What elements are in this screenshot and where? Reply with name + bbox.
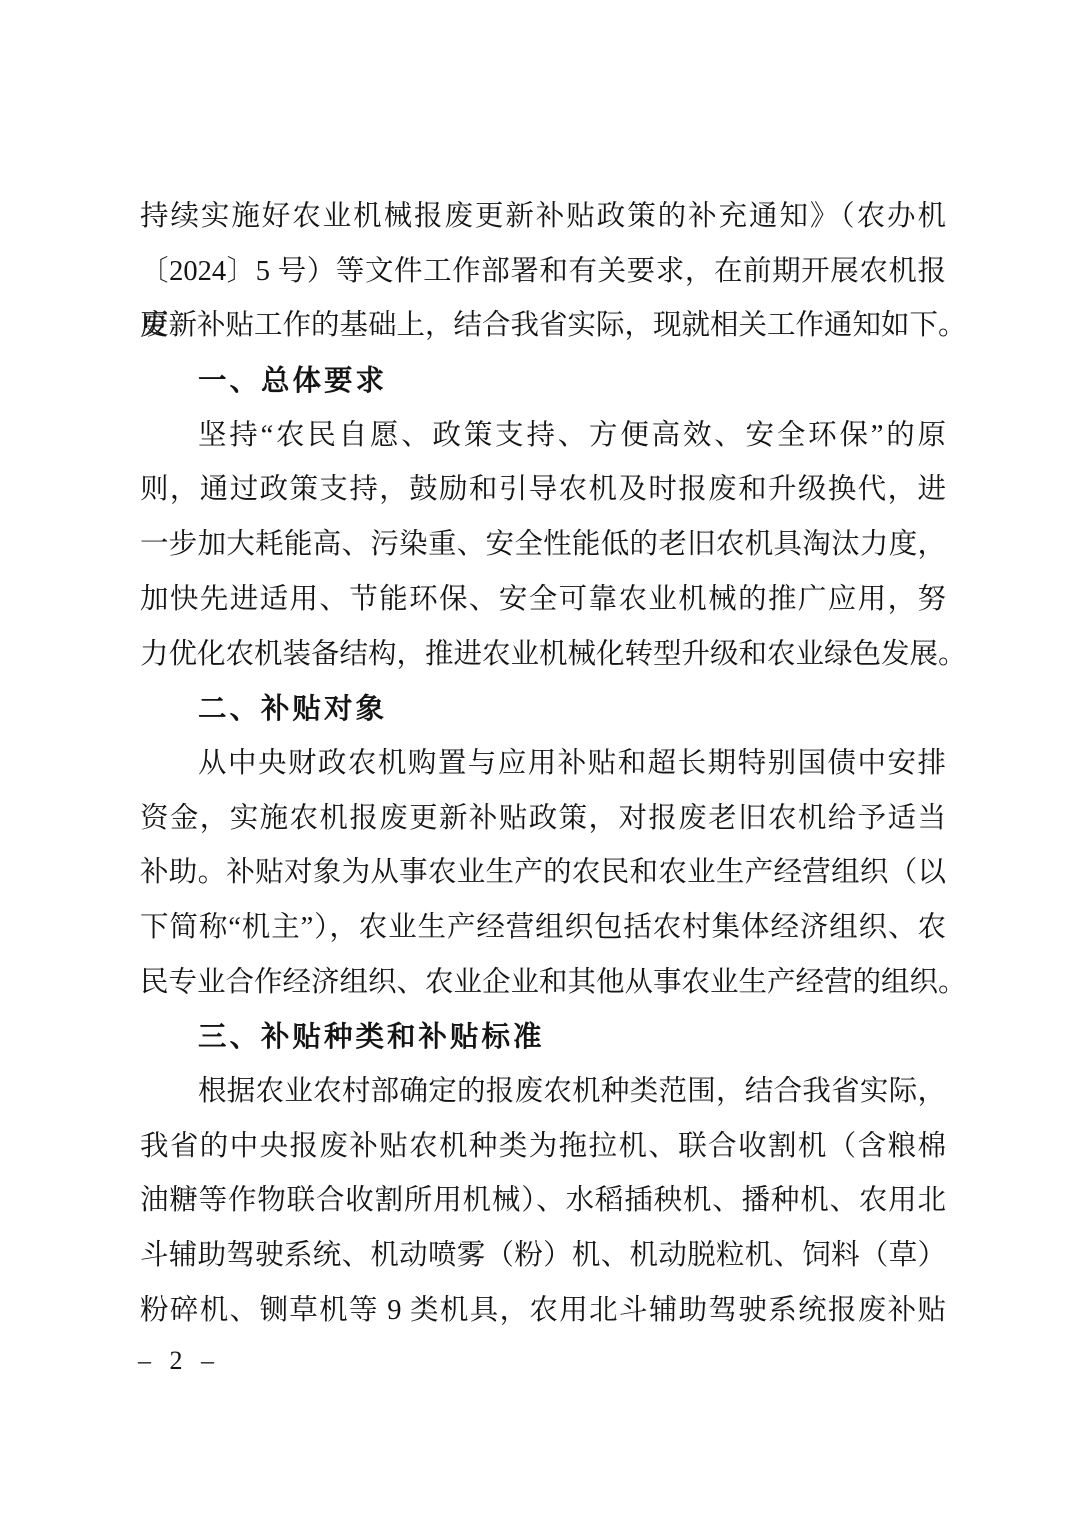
text-line: 从中央财政农机购置与应用补贴和超长期特别国债中安排 [140,737,946,792]
text-line: 加快先进适用、节能环保、安全可靠农业机械的推广应用，努 [140,573,946,628]
section-heading: 三、补贴种类和补贴标准 [140,1010,946,1065]
text-line: 则，通过政策支持，鼓励和引导农机及时报废和升级换代，进 [140,463,946,518]
text-line: 更新补贴工作的基础上，结合我省实际，现就相关工作通知如下。 [140,299,946,354]
section-heading: 二、补贴对象 [140,682,946,737]
text-line: 〔2024〕5 号）等文件工作部署和有关要求，在前期开展农机报废 [140,245,946,300]
text-line: 根据农业农村部确定的报废农机种类范围，结合我省实际， [140,1065,946,1120]
section-heading: 一、总体要求 [140,354,946,409]
text-line: 粉碎机、铡草机等 9 类机具，农用北斗辅助驾驶系统报废补贴 [140,1284,946,1339]
document-page: 持续实施好农业机械报废更新补贴政策的补充通知》（农办机〔2024〕5 号）等文件… [0,0,1074,1520]
text-line: 我省的中央报废补贴农机种类为拖拉机、联合收割机（含粮棉 [140,1120,946,1175]
text-line: 下简称“机主”），农业生产经营组织包括农村集体经济组织、农 [140,901,946,956]
text-line: 民专业合作经济组织、农业企业和其他从事农业生产经营的组织。 [140,956,946,1011]
text-line: 持续实施好农业机械报废更新补贴政策的补充通知》（农办机 [140,190,946,245]
text-line: 坚持“农民自愿、政策支持、方便高效、安全环保”的原 [140,409,946,464]
text-line: 油糖等作物联合收割所用机械）、水稻插秧机、播种机、农用北 [140,1174,946,1229]
text-line: 资金，实施农机报废更新补贴政策，对报废老旧农机给予适当 [140,792,946,847]
page-number: – 2 – [138,1346,220,1376]
document-body: 持续实施好农业机械报废更新补贴政策的补充通知》（农办机〔2024〕5 号）等文件… [140,190,946,1338]
text-line: 斗辅助驾驶系统、机动喷雾（粉）机、机动脱粒机、饲料（草） [140,1229,946,1284]
text-line: 补助。补贴对象为从事农业生产的农民和农业生产经营组织（以 [140,846,946,901]
text-line: 一步加大耗能高、污染重、安全性能低的老旧农机具淘汰力度， [140,518,946,573]
text-line: 力优化农机装备结构，推进农业机械化转型升级和农业绿色发展。 [140,628,946,683]
